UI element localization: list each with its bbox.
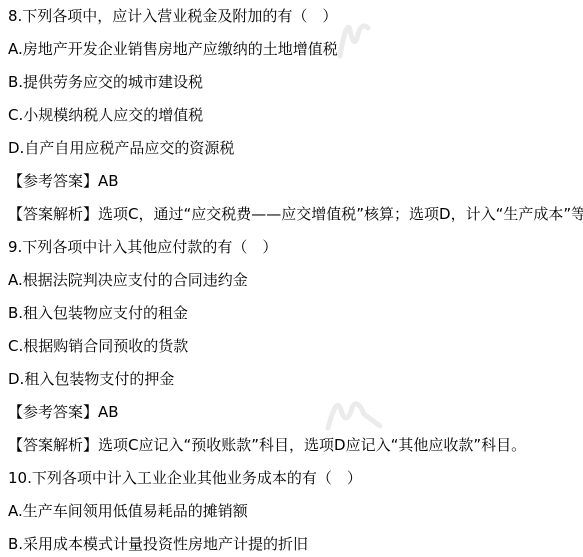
question-8-option-c: C.小规模纳税人应交的增值税 (8, 99, 583, 132)
answer-value: AB (98, 396, 119, 429)
answer-value: AB (98, 165, 119, 198)
question-8-option-b: B.提供劳务应交的城市建设税 (8, 66, 583, 99)
question-8-stem: 8.下列各项中，应计入营业税金及附加的有（ ） (8, 0, 583, 33)
question-10-stem: 10.下列各项中计入工业企业其他业务成本的有（ ） (8, 462, 583, 495)
question-9-option-c: C.根据购销合同预收的货款 (8, 330, 583, 363)
question-8-option-d: D.自产自用应税产品应交的资源税 (8, 132, 583, 165)
question-9-option-a: A.根据法院判决应支付的合同违约金 (8, 264, 583, 297)
question-8-answer-line: 【参考答案】AB (8, 165, 583, 198)
analysis-label: 【答案解析】 (8, 198, 98, 231)
analysis-text: 选项C，通过“应交税费——应交增值税”核算；选项D，计入“生产成本”等科目。 (98, 198, 583, 231)
answer-label: 【参考答案】 (8, 165, 98, 198)
question-9-stem: 9.下列各项中计入其他应付款的有（ ） (8, 231, 583, 264)
question-9-answer-line: 【参考答案】AB (8, 396, 583, 429)
question-9-analysis-line: 【答案解析】选项C应记入“预收账款”科目，选项D应记入“其他应收款”科目。 (8, 429, 583, 462)
answer-label: 【参考答案】 (8, 396, 98, 429)
document-page: 8.下列各项中，应计入营业税金及附加的有（ ） A.房地产开发企业销售房地产应缴… (0, 0, 583, 557)
analysis-label: 【答案解析】 (8, 429, 98, 462)
question-8-option-a: A.房地产开发企业销售房地产应缴纳的土地增值税 (8, 33, 583, 66)
question-8-analysis-line: 【答案解析】选项C，通过“应交税费——应交增值税”核算；选项D，计入“生产成本”… (8, 198, 583, 231)
question-10-option-a: A.生产车间领用低值易耗品的摊销额 (8, 495, 583, 528)
question-10-option-b: B.采用成本模式计量投资性房地产计提的折旧 (8, 528, 583, 557)
analysis-text: 选项C应记入“预收账款”科目，选项D应记入“其他应收款”科目。 (98, 429, 526, 462)
question-9-option-b: B.租入包装物应支付的租金 (8, 297, 583, 330)
question-9-option-d: D.租入包装物支付的押金 (8, 363, 583, 396)
